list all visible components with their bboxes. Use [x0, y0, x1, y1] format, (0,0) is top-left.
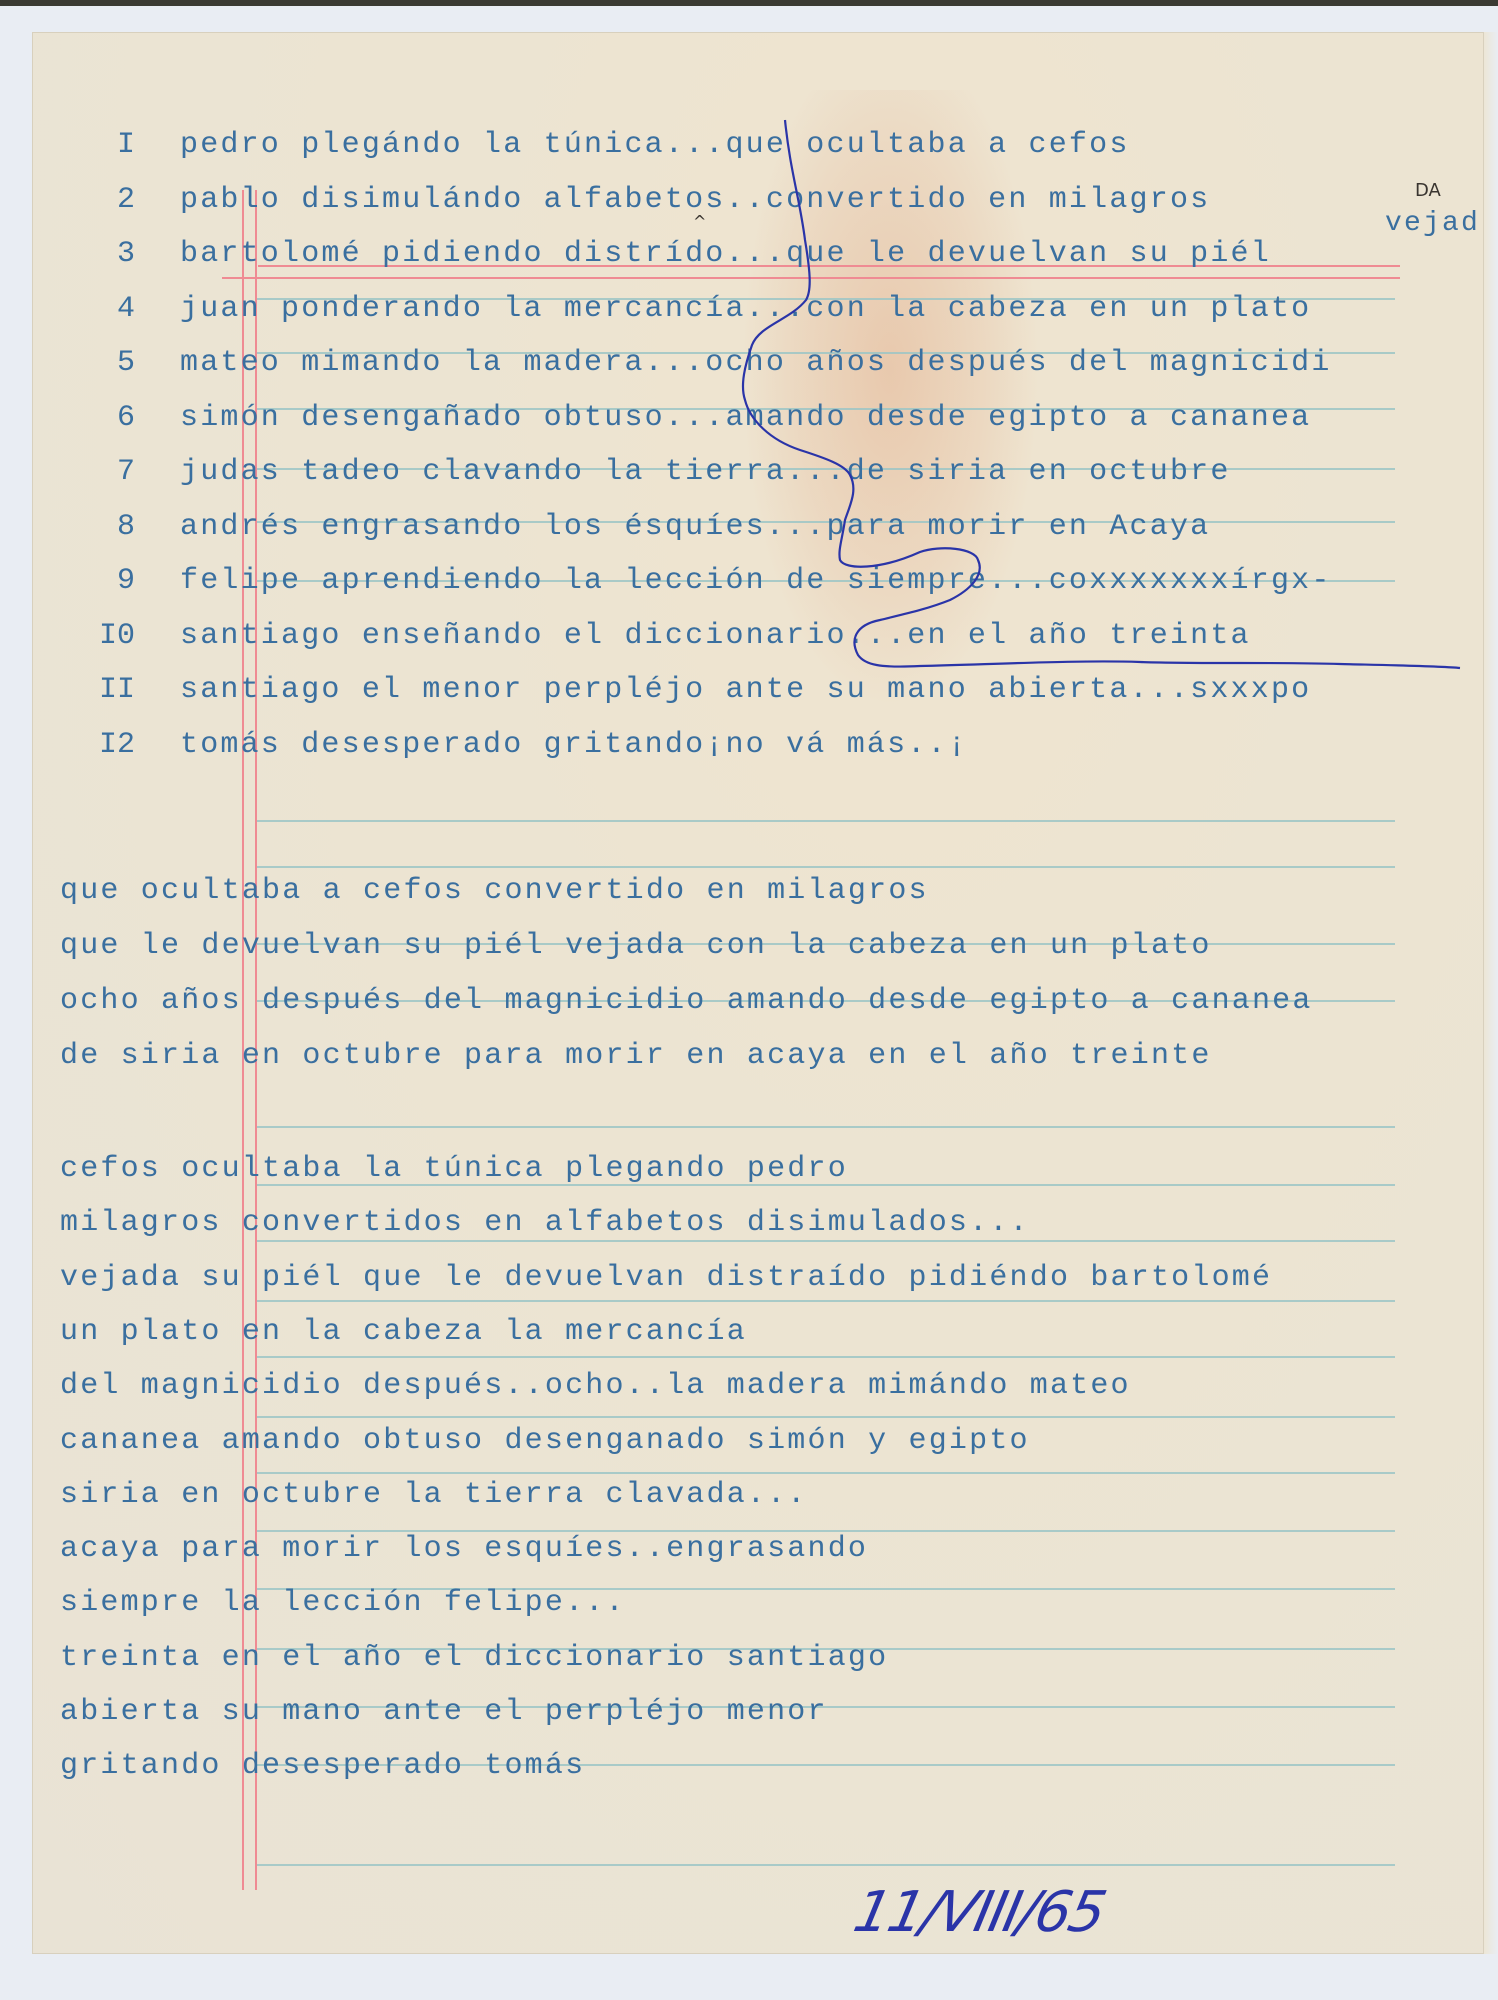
verse-line: siempre la lección felipe... [60, 1586, 626, 1620]
verse-line: pedro plegándo la túnica...que ocultaba … [180, 128, 1130, 162]
verse-line: del magnicidio después..ocho..la madera … [60, 1369, 1131, 1403]
ruled-line [255, 1356, 1395, 1358]
line-number: 4 [95, 292, 135, 326]
line-number: II [95, 673, 135, 707]
ruled-line [255, 1416, 1395, 1418]
ruled-line [255, 1472, 1395, 1474]
verse-line: juan ponderando la mercancía...con la ca… [180, 292, 1311, 326]
ruled-line [255, 866, 1395, 868]
ruled-line [255, 1864, 1395, 1866]
line-number: 6 [95, 401, 135, 435]
ruled-line [255, 1300, 1395, 1302]
line-number: I2 [95, 728, 135, 762]
scan-border [0, 0, 1498, 6]
verse-line: un plato en la cabeza la mercancía [60, 1315, 747, 1349]
verse-line: judas tadeo clavando la tierra...de siri… [180, 455, 1231, 489]
line-number: 9 [95, 564, 135, 598]
line-number: 3 [95, 237, 135, 271]
line-number: 2 [95, 183, 135, 217]
handwritten-date: 11/VIII/65 [848, 1880, 1110, 1945]
verse-line: que ocultaba a cefos convertido en milag… [60, 874, 929, 908]
handwritten-correction: DA [1415, 180, 1441, 201]
line-number: I [95, 128, 135, 162]
verse-line: bartolomé pidiendo distrído...que le dev… [180, 237, 1271, 271]
verse-line: gritando desesperado tomás [60, 1749, 585, 1783]
verse-line: andrés engrasando los ésquíes...para mor… [180, 510, 1210, 544]
verse-line: simón desengañado obtuso...amando desde … [180, 401, 1311, 435]
line-number: I0 [95, 619, 135, 653]
line-number: 7 [95, 455, 135, 489]
verse-line: santiago enseñando el diccionario...en e… [180, 619, 1251, 653]
verse-line: vejada su piél que le devuelvan distraíd… [60, 1261, 1272, 1295]
verse-line: acaya para morir los esquíes..engrasando [60, 1532, 868, 1566]
line-number: 5 [95, 346, 135, 380]
verse-line: mateo mimando la madera...ocho años desp… [180, 346, 1332, 380]
verse-line: cananea amando obtuso desenganado simón … [60, 1424, 1030, 1458]
verse-line: treinta en el año el diccionario santiag… [60, 1641, 888, 1675]
line-number: 8 [95, 510, 135, 544]
verse-line: milagros convertidos en alfabetos disimu… [60, 1206, 1030, 1240]
ruled-line [255, 820, 1395, 822]
verse-line: ocho años después del magnicidio amando … [60, 984, 1313, 1018]
ruled-line [255, 1240, 1395, 1242]
caret-mark: ^ [693, 212, 706, 231]
verse-line: felipe aprendiendo la lección de siempre… [180, 564, 1332, 598]
verse-line: tomás desesperado gritando¡no vá más..¡ [180, 728, 968, 762]
inserted-word: vejad [1385, 207, 1480, 241]
verse-line: que le devuelvan su piél vejada con la c… [60, 929, 1212, 963]
verse-line: cefos ocultaba la túnica plegando pedro [60, 1152, 848, 1186]
verse-line: siria en octubre la tierra clavada... [60, 1478, 808, 1512]
verse-line: santiago el menor perpléjo ante su mano … [180, 673, 1311, 707]
ruled-line [255, 1126, 1395, 1128]
red-horizontal-line [222, 277, 1400, 279]
verse-line: de siria en octubre para morir en acaya … [60, 1039, 1212, 1073]
verse-line: abierta su mano ante el perpléjo menor [60, 1695, 828, 1729]
